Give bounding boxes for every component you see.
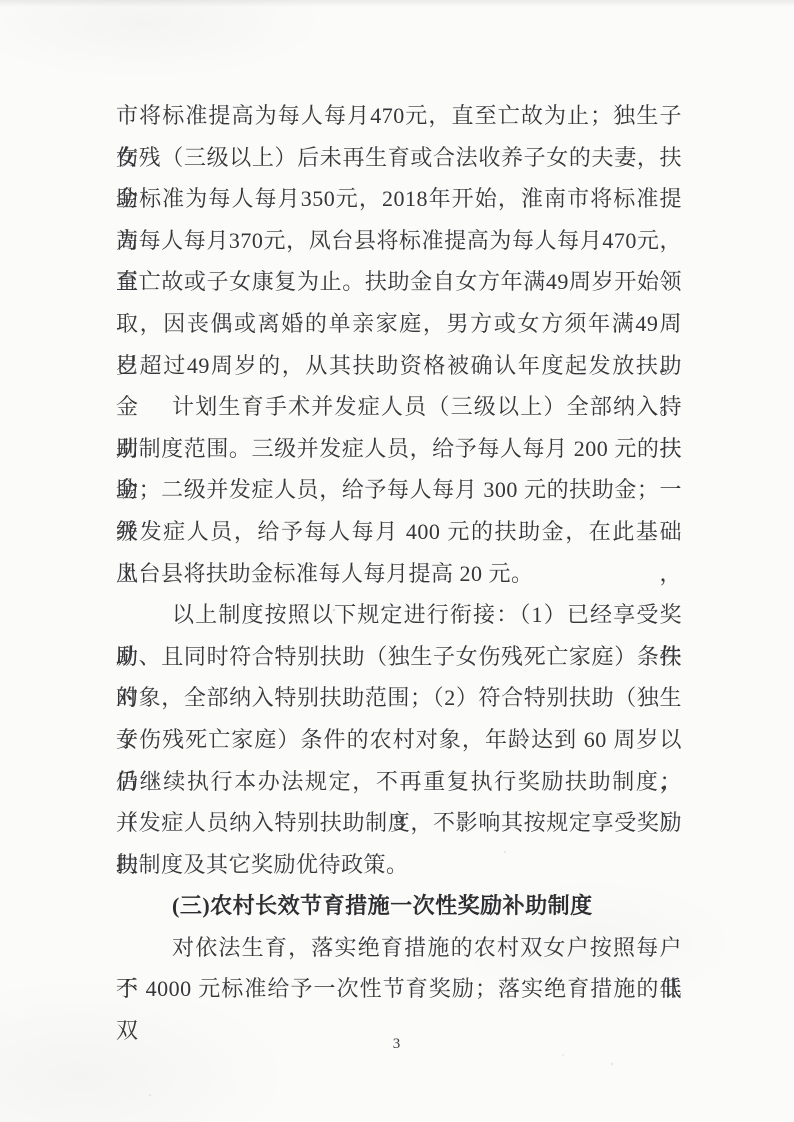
text-line: 助、且同时符合特别扶助（独生子女伤残死亡家庭）条件的 xyxy=(116,636,682,678)
text-line: 对象，全部纳入特别扶助范围；（2）符合特别扶助（独生子 xyxy=(116,677,682,719)
text-line: 至亡故或子女康复为止。扶助金自女方年满49周岁开始领 xyxy=(116,261,682,303)
document-page: 市将标准提高为每人每月470元，直至亡故为止；独生子女 伤残（三级以上）后未再生… xyxy=(0,0,794,1122)
text-line: 金；二级并发症人员，给予每人每月 300 元的扶助金；一级 xyxy=(116,469,682,511)
text-line: 于 4000 元标准给予一次性节育奖励；落实绝育措施的非双 xyxy=(116,968,682,1010)
text-line: 市将标准提高为每人每月470元，直至亡故为止；独生子女 xyxy=(116,95,682,137)
text-line: 对依法生育，落实绝育措施的农村双女户按照每户不低 xyxy=(116,927,682,969)
text-line: 并发症人员，给予每人每月 400 元的扶助金，在此基础上， xyxy=(116,511,682,553)
text-line: 为每人每月370元，凤台县将标准提高为每人每月470元，直 xyxy=(116,220,682,262)
page-number: 3 xyxy=(0,1036,794,1053)
text-line: 并发症人员纳入特别扶助制度，不影响其按规定享受奖励扶 xyxy=(116,802,682,844)
document-text: 市将标准提高为每人每月470元，直至亡故为止；独生子女 伤残（三级以上）后未再生… xyxy=(116,95,682,1010)
text-line: 助制度及其它奖励优待政策。 xyxy=(116,844,682,886)
text-line: 助制度范围。三级并发症人员，给予每人每月 200 元的扶助 xyxy=(116,428,682,470)
section-heading: (三)农村长效节育措施一次性奖励补助制度 xyxy=(116,885,682,927)
text-line: 已超过49周岁的，从其扶助资格被确认年度起发放扶助金。 xyxy=(116,345,682,387)
text-line: 伤残（三级以上）后未再生育或合法收养子女的夫妻，扶助 xyxy=(116,137,682,179)
text-line: 计划生育手术并发症人员（三级以上）全部纳入特别扶 xyxy=(116,386,682,428)
text-line: 以上制度按照以下规定进行衔接：（1）已经享受奖励扶 xyxy=(116,594,682,636)
text-line: 仍继续执行本办法规定，不再重复执行奖励扶助制度；（3） xyxy=(116,761,682,803)
text-line: 取，因丧偶或离婚的单亲家庭，男方或女方须年满49周岁。 xyxy=(116,303,682,345)
text-line: 女伤残死亡家庭）条件的农村对象，年龄达到 60 周岁以后， xyxy=(116,719,682,761)
text-line: 金标准为每人每月350元，2018年开始，淮南市将标准提高 xyxy=(116,178,682,220)
